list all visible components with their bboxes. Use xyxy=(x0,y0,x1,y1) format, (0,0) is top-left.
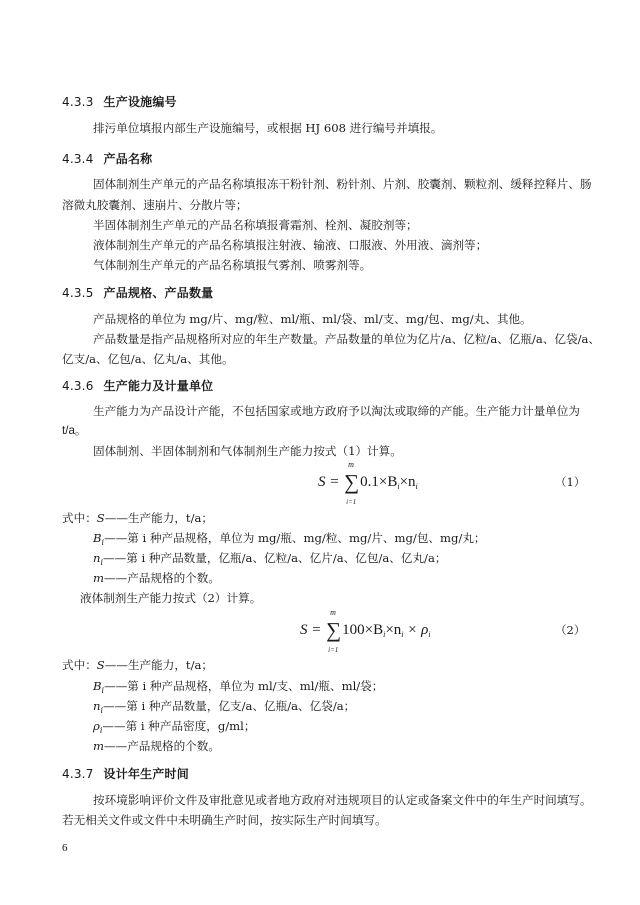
paragraph: t/a。 xyxy=(62,424,86,438)
paragraph: 溶微丸胶囊剂、速崩片、分散片等； xyxy=(62,198,248,212)
where-item: Bi——第 i 种产品规格，单位为 ml/支、ml/瓶、ml/袋； xyxy=(93,679,383,698)
formula-1: S = ∑mi=10.1×Bi×ni xyxy=(318,470,418,495)
equation-number: （1） xyxy=(555,474,585,490)
sigma-symbol: ∑mi=1 xyxy=(344,470,359,495)
paragraph: 排污单位填报内部生产设施编号，或根据 HJ 608 进行编号并填报。 xyxy=(93,121,442,135)
section-heading-4-3-3: 4.3.3生产设施编号 xyxy=(62,93,177,110)
paragraph: 按环境影响评价文件及审批意见或者地方政府对违规项目的认定或备案文件中的年生产时间… xyxy=(93,793,592,807)
paragraph: 固体制剂生产单元的产品名称填报冻干粉针剂、粉针剂、片剂、胶囊剂、颗粒剂、缓释控释… xyxy=(93,177,592,191)
formula-2: S = ∑mi=1100×Bi×ni × ρi xyxy=(300,618,431,643)
paragraph: 固体制剂、半固体制剂和气体制剂生产能力按式（1）计算。 xyxy=(93,444,402,458)
where-item: ni——第 i 种产品数量，亿支/a、亿瓶/a、亿袋/a； xyxy=(93,699,355,718)
paragraph: 产品数量是指产品规格所对应的年生产数量。产品数量的单位为亿片/a、亿粒/a、亿瓶… xyxy=(93,332,600,346)
where-item: m——产品规格的个数。 xyxy=(93,571,220,585)
where-item: m——产品规格的个数。 xyxy=(93,739,220,753)
where-clause: 式中：S——生产能力，t/a； xyxy=(62,511,213,525)
paragraph: 气体制剂生产单元的产品名称填报气雾剂、喷雾剂等。 xyxy=(93,258,371,272)
equation-number: （2） xyxy=(555,622,585,638)
paragraph: 半固体制剂生产单元的产品名称填报膏霜剂、栓剂、凝胶剂等； xyxy=(93,218,418,232)
paragraph: 亿支/a、亿包/a、亿丸/a、其他。 xyxy=(62,352,234,366)
section-heading-4-3-5: 4.3.5产品规格、产品数量 xyxy=(62,284,213,301)
section-heading-4-3-4: 4.3.4产品名称 xyxy=(62,150,152,167)
document-page: 4.3.3生产设施编号 排污单位填报内部生产设施编号，或根据 HJ 608 进行… xyxy=(0,0,640,905)
where-item: Bi——第 i 种产品规格，单位为 mg/瓶、mg/粒、mg/片、mg/包、mg… xyxy=(93,531,486,550)
section-heading-4-3-6: 4.3.6生产能力及计量单位 xyxy=(62,377,213,394)
where-item: ρi——第 i 种产品密度，g/ml； xyxy=(93,719,255,738)
page-number: 6 xyxy=(62,842,68,854)
sigma-symbol: ∑mi=1 xyxy=(326,618,341,643)
paragraph: 液体制剂生产单元的产品名称填报注射液、输液、口服液、外用液、滴剂等； xyxy=(93,238,487,252)
paragraph: 产品规格的单位为 mg/片、mg/粒、ml/瓶、ml/袋、ml/支、mg/包、m… xyxy=(93,312,532,326)
section-heading-4-3-7: 4.3.7设计年生产时间 xyxy=(62,765,189,782)
paragraph: 若无相关文件或文件中未明确生产时间，按实际生产时间填写。 xyxy=(62,813,387,827)
where-clause: 式中：S——生产能力，t/a； xyxy=(62,658,213,672)
paragraph: 液体制剂生产能力按式（2）计算。 xyxy=(80,591,261,605)
paragraph: 生产能力为产品设计产能，不包括国家或地方政府予以淘汰或取缔的产能。生产能力计量单… xyxy=(93,404,580,418)
where-item: ni——第 i 种产品数量，亿瓶/a、亿粒/a、亿片/a、亿包/a、亿丸/a； xyxy=(93,551,446,570)
